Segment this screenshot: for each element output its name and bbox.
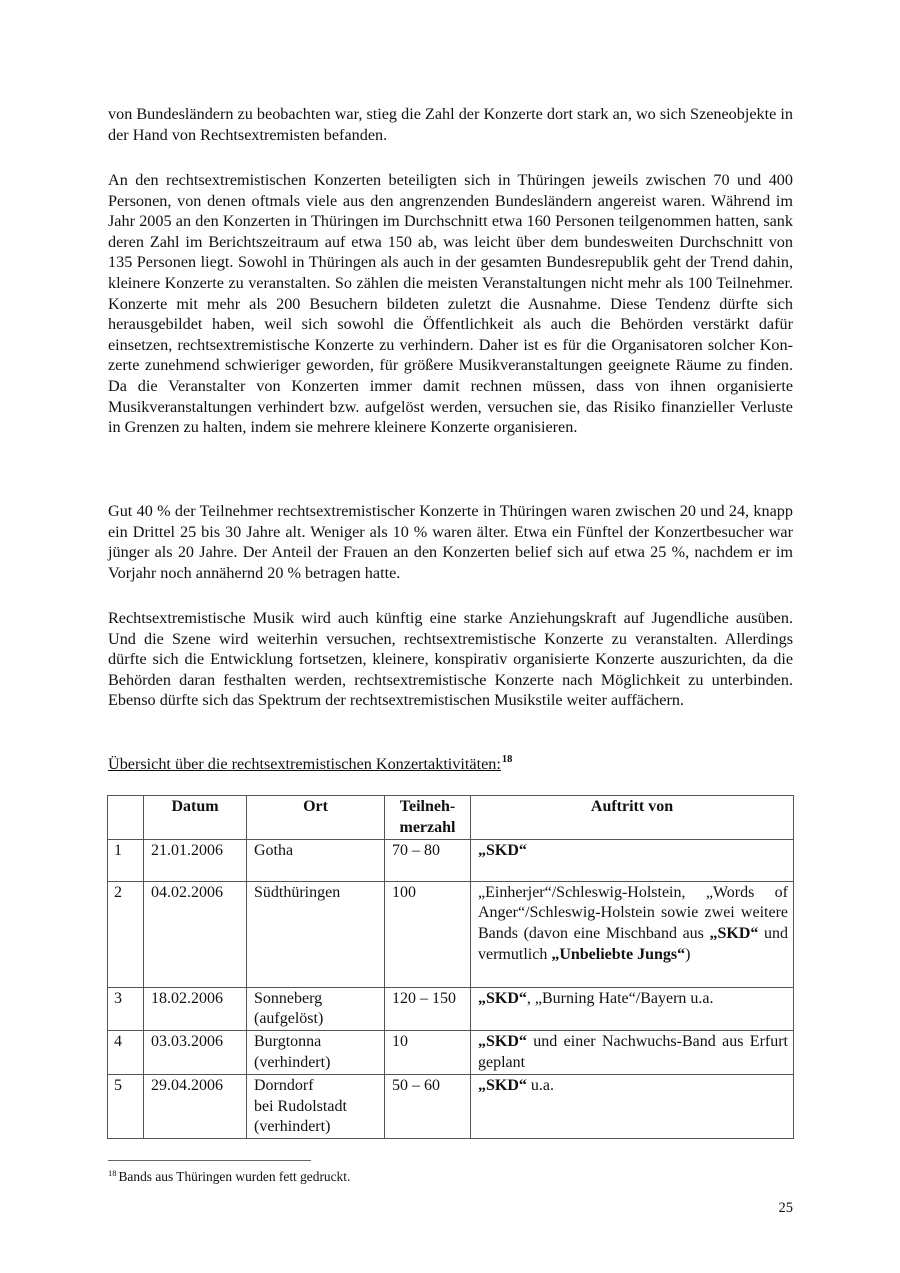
page-number: 25 (779, 1200, 794, 1217)
cell-ort: Südthüringen (247, 881, 385, 987)
cell-nr: 2 (108, 881, 144, 987)
paragraph-2: An den rechtsextremistischen Konzerten b… (108, 170, 793, 438)
table-row: 318.02.2006Sonneberg(aufgelöst)120 – 150… (108, 987, 794, 1031)
paragraph-4: Rechtsextremistische Musik wird auch kün… (108, 608, 793, 711)
footnote-text: Bands aus Thüringen wurden fett gedruckt… (119, 1169, 351, 1184)
header-auftritt: Auftritt von (471, 796, 794, 840)
band-name-thueringen: „SKD“ (478, 1033, 527, 1050)
table-header-row: Datum Ort Teilneh-merzahl Auftritt von (108, 796, 794, 840)
cell-nr: 3 (108, 987, 144, 1031)
cell-datum: 29.04.2006 (144, 1074, 247, 1138)
footnote: 18Bands aus Thüringen wurden fett gedruc… (108, 1168, 350, 1185)
band-name-thueringen: „SKD“ (478, 990, 527, 1007)
band-name-thueringen: „SKD“ (710, 925, 759, 942)
header-nr (108, 796, 144, 840)
cell-teilnehmerzahl: 70 – 80 (385, 839, 471, 881)
cell-auftritt: „SKD“, „Burning Hate“/Bayern u.a. (471, 987, 794, 1031)
footnote-number: 18 (108, 1168, 117, 1178)
cell-nr: 1 (108, 839, 144, 881)
header-ort: Ort (247, 796, 385, 840)
cell-teilnehmerzahl: 10 (385, 1031, 471, 1075)
header-datum: Datum (144, 796, 247, 840)
table-row: 403.03.2006Burgtonna(verhindert)10„SKD“ … (108, 1031, 794, 1075)
cell-ort: Gotha (247, 839, 385, 881)
cell-teilnehmerzahl: 100 (385, 881, 471, 987)
table-heading-text: Übersicht über die rechtsextremistischen… (108, 755, 501, 773)
cell-nr: 4 (108, 1031, 144, 1075)
concert-table: Datum Ort Teilneh-merzahl Auftritt von 1… (107, 795, 794, 1139)
cell-auftritt: „SKD“ (471, 839, 794, 881)
table-heading: Übersicht über die rechtsextremistischen… (108, 754, 512, 774)
cell-auftritt: „SKD“ und einer Nachwuchs-Band aus Erfur… (471, 1031, 794, 1075)
cell-ort: Sonneberg(aufgelöst) (247, 987, 385, 1031)
paragraph-3: Gut 40 % der Teilnehmer rechtsextremisti… (108, 501, 793, 583)
band-name-thueringen: „Unbeliebte Jungs“ (551, 946, 685, 963)
cell-ort: Burgtonna(verhindert) (247, 1031, 385, 1075)
cell-datum: 21.01.2006 (144, 839, 247, 881)
cell-teilnehmerzahl: 50 – 60 (385, 1074, 471, 1138)
footnote-divider (108, 1160, 311, 1161)
band-name-thueringen: „SKD“ (478, 842, 527, 859)
cell-datum: 18.02.2006 (144, 987, 247, 1031)
table-row: 121.01.2006Gotha70 – 80„SKD“ (108, 839, 794, 881)
band-name-thueringen: „SKD“ (478, 1077, 527, 1094)
cell-nr: 5 (108, 1074, 144, 1138)
cell-ort: Dorndorfbei Rudolstadt(verhindert) (247, 1074, 385, 1138)
paragraph-1: von Bundesländern zu beobachten war, sti… (108, 104, 793, 145)
cell-auftritt: „Einherjer“/Schleswig-Holstein, „Words o… (471, 881, 794, 987)
cell-datum: 03.03.2006 (144, 1031, 247, 1075)
table-row: 204.02.2006Südthüringen100„Einherjer“/Sc… (108, 881, 794, 987)
header-teilnehmerzahl: Teilneh-merzahl (385, 796, 471, 840)
cell-teilnehmerzahl: 120 – 150 (385, 987, 471, 1031)
table-row: 529.04.2006Dorndorfbei Rudolstadt(verhin… (108, 1074, 794, 1138)
cell-datum: 04.02.2006 (144, 881, 247, 987)
cell-auftritt: „SKD“ u.a. (471, 1074, 794, 1138)
